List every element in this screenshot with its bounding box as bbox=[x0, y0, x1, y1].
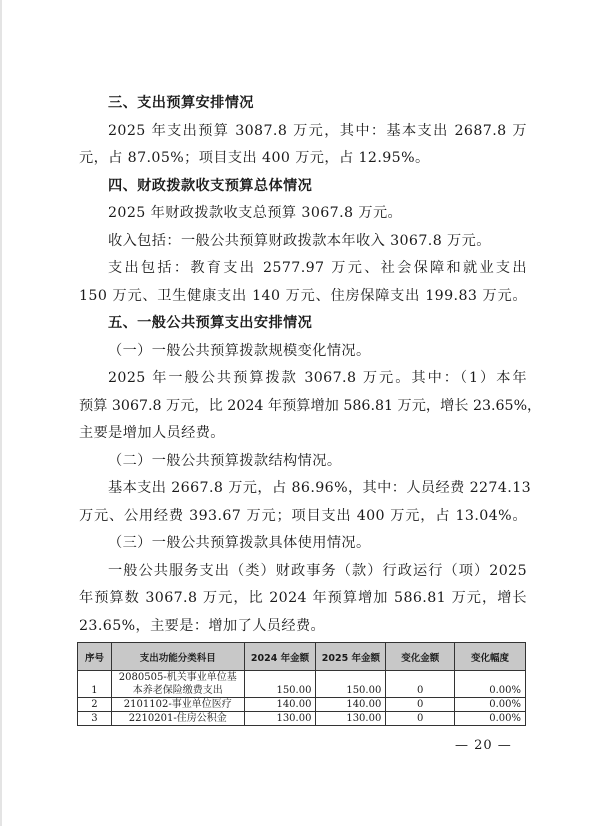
paragraph-line: 2025 年一般公共预算拨款 3067.8 万元。其中：（1）本年 bbox=[79, 365, 527, 393]
header-no: 序号 bbox=[78, 643, 112, 671]
cell-no: 1 bbox=[78, 671, 112, 698]
paragraph-line: 收入包括：一般公共预算财政拨款本年收入 3067.8 万元。 bbox=[79, 228, 527, 256]
cell-subject-line: 本养老保险缴费支出 bbox=[116, 684, 240, 697]
paragraph-line: 一般公共服务支出（类）财政事务（款）行政运行（项）2025 bbox=[79, 558, 527, 586]
header-change: 变化金额 bbox=[386, 643, 455, 671]
section-heading-5: 五、一般公共预算支出安排情况 bbox=[79, 310, 527, 338]
page-edge bbox=[0, 0, 2, 826]
paragraph-line: 23.65%，主要是：增加了人员经费。 bbox=[79, 613, 527, 641]
cell-subject: 2210201-住房公积金 bbox=[111, 712, 244, 726]
header-2025: 2025 年金额 bbox=[316, 643, 386, 671]
cell-change: 0 bbox=[386, 712, 455, 726]
subsection-heading-3: （三）一般公共预算拨款具体使用情况。 bbox=[79, 530, 527, 558]
paragraph-line: 基本支出 2667.8 万元，占 86.96%，其中：人员经费 2274.13 bbox=[79, 475, 527, 503]
cell-subject: 2101102-事业单位医疗 bbox=[111, 698, 244, 712]
table-row: 1 2080505-机关事业单位基 本养老保险缴费支出 150.00 150.0… bbox=[78, 671, 526, 698]
section-heading-4: 四、财政拨款收支预算总体情况 bbox=[79, 173, 527, 201]
subsection-heading-2: （二）一般公共预算拨款结构情况。 bbox=[79, 448, 527, 476]
paragraph-line: 年预算数 3067.8 万元，比 2024 年预算增加 586.81 万元，增长 bbox=[79, 585, 527, 613]
table-header-row: 序号 支出功能分类科目 2024 年金额 2025 年金额 变化金额 变化幅度 bbox=[78, 643, 526, 671]
subsection-heading-1: （一）一般公共预算拨款规模变化情况。 bbox=[79, 338, 527, 366]
cell-2024: 140.00 bbox=[244, 698, 316, 712]
cell-change: 0 bbox=[386, 671, 455, 698]
table-row: 2 2101102-事业单位医疗 140.00 140.00 0 0.00% bbox=[78, 698, 526, 712]
paragraph-line: 预算 3067.8 万元，比 2024 年预算增加 586.81 万元，增长 2… bbox=[79, 393, 527, 421]
header-rate: 变化幅度 bbox=[455, 643, 526, 671]
table-row: 3 2210201-住房公积金 130.00 130.00 0 0.00% bbox=[78, 712, 526, 726]
cell-2024: 150.00 bbox=[244, 671, 316, 698]
cell-2025: 130.00 bbox=[316, 712, 386, 726]
paragraph-line: 元，占 87.05%；项目支出 400 万元，占 12.95%。 bbox=[79, 145, 527, 173]
cell-subject: 2080505-机关事业单位基 本养老保险缴费支出 bbox=[111, 671, 244, 698]
page-number: — 20 — bbox=[455, 738, 512, 753]
cell-rate: 0.00% bbox=[455, 671, 526, 698]
budget-table: 序号 支出功能分类科目 2024 年金额 2025 年金额 变化金额 变化幅度 … bbox=[77, 642, 526, 726]
cell-2024: 130.00 bbox=[244, 712, 316, 726]
cell-rate: 0.00% bbox=[455, 698, 526, 712]
cell-2025: 150.00 bbox=[316, 671, 386, 698]
cell-no: 2 bbox=[78, 698, 112, 712]
paragraph-line: 2025 年支出预算 3087.8 万元，其中：基本支出 2687.8 万 bbox=[79, 118, 527, 146]
paragraph-line: 2025 年财政拨款收支总预算 3067.8 万元。 bbox=[79, 200, 527, 228]
paragraph-line: 主要是增加人员经费。 bbox=[79, 420, 527, 448]
section-heading-3: 三、支出预算安排情况 bbox=[79, 90, 527, 118]
cell-rate: 0.00% bbox=[455, 712, 526, 726]
document-body: 三、支出预算安排情况 2025 年支出预算 3087.8 万元，其中：基本支出 … bbox=[79, 90, 527, 640]
paragraph-line: 150 万元、卫生健康支出 140 万元、住房保障支出 199.83 万元。 bbox=[79, 283, 527, 311]
header-subject: 支出功能分类科目 bbox=[111, 643, 244, 671]
cell-subject-line: 2080505-机关事业单位基 bbox=[116, 671, 240, 684]
header-2024: 2024 年金额 bbox=[244, 643, 316, 671]
paragraph-line: 万元、公用经费 393.67 万元；项目支出 400 万元，占 13.04%。 bbox=[79, 503, 527, 531]
cell-2025: 140.00 bbox=[316, 698, 386, 712]
cell-change: 0 bbox=[386, 698, 455, 712]
cell-no: 3 bbox=[78, 712, 112, 726]
paragraph-line: 支出包括：教育支出 2577.97 万元、社会保障和就业支出 bbox=[79, 255, 527, 283]
